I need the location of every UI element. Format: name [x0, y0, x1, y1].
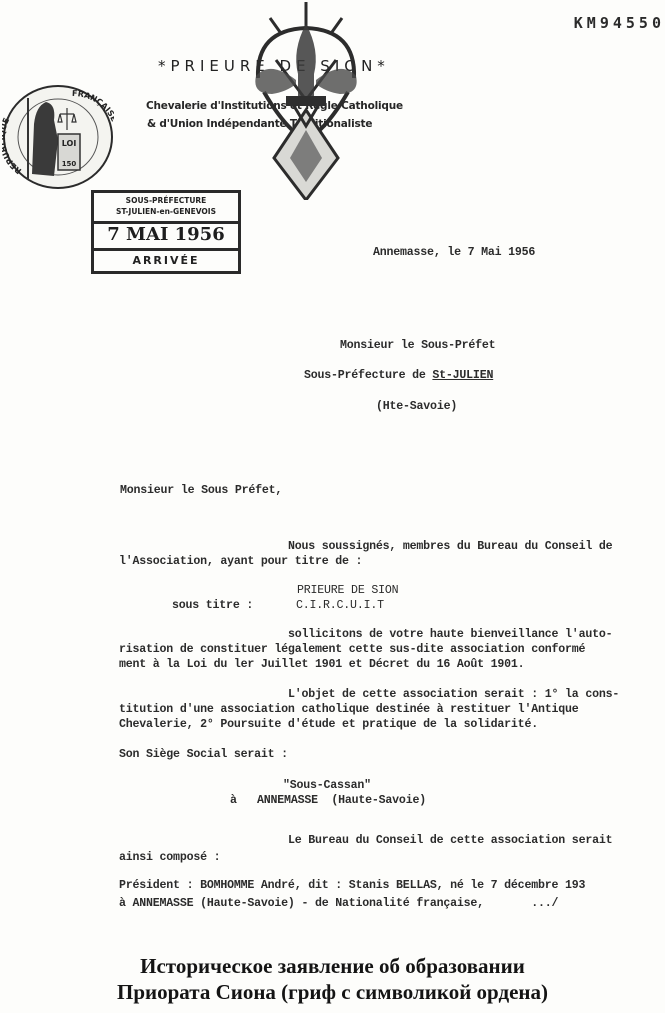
body-p2-line2: risation de constituer légalement cette …	[119, 643, 585, 656]
body-p1-line2: l'Association, ayant pour titre de :	[119, 555, 362, 568]
stamp-date: 7 MAI 1956	[94, 222, 238, 251]
body-p4-line1: Le Bureau du Conseil de cette associatio…	[288, 834, 612, 847]
seat-label: Son Siège Social serait :	[119, 748, 288, 761]
body-p1-line1: Nous soussignés, membres du Bureau du Co…	[288, 540, 612, 553]
svg-text:LOI: LOI	[62, 139, 77, 148]
received-stamp: SOUS-PRÉFECTURE ST-JULIEN-en-GENEVOIS 7 …	[91, 190, 241, 274]
salutation: Monsieur le Sous Préfet,	[120, 484, 282, 497]
stamp-status: ARRIVÉE	[94, 251, 238, 271]
subtitle-value: C.I.R.C.U.I.T	[296, 599, 384, 612]
recipient-line-2: Sous-Préfecture de St-JULIEN	[304, 369, 493, 382]
body-p3-line1: L'objet de cette association serait : 1°…	[288, 688, 619, 701]
subtitle-label: sous titre :	[172, 599, 253, 612]
stamp-office: SOUS-PRÉFECTURE ST-JULIEN-en-GENEVOIS	[94, 193, 238, 224]
seat-line-2: à ANNEMASSE (Haute-Savoie)	[230, 794, 426, 807]
reference-number: KM94550	[574, 14, 665, 32]
body-p2-line3: ment à la Loi du ler Juillet 1901 et Déc…	[119, 658, 524, 671]
seat-line-1: "Sous-Cassan"	[283, 779, 371, 792]
body-p2-line1: sollicitons de votre haute bienveillance…	[288, 628, 612, 641]
president-line-1: Président : BOMHOMME André, dit : Stanis…	[119, 879, 585, 892]
place-date: Annemasse, le 7 Mai 1956	[373, 246, 535, 259]
caption-line-2: Приората Сиона (гриф с символикой ордена…	[0, 979, 665, 1005]
body-p4-line2: ainsi composé :	[119, 851, 220, 864]
president-line-2: à ANNEMASSE (Haute-Savoie) - de National…	[119, 897, 558, 910]
fleur-de-lis-emblem-icon	[246, 0, 366, 200]
figure-caption: Историческое заявление об образовании Пр…	[0, 953, 665, 1005]
recipient-line-1: Monsieur le Sous-Préfet	[340, 339, 495, 352]
svg-text:150: 150	[62, 160, 77, 168]
recipient-city: St-JULIEN	[432, 369, 493, 382]
body-p3-line3: Chevalerie, 2° Poursuite d'étude et prat…	[119, 718, 538, 731]
body-p3-line2: titution d'une association catholique de…	[119, 703, 579, 716]
association-name: PRIEURE DE SION	[297, 584, 398, 597]
marianne-seal-icon: LOI 150 REPUBLIQUE FRANÇAISE	[2, 84, 114, 190]
recipient-line-3: (Hte-Savoie)	[376, 400, 457, 413]
caption-line-1: Историческое заявление об образовании	[0, 953, 665, 979]
